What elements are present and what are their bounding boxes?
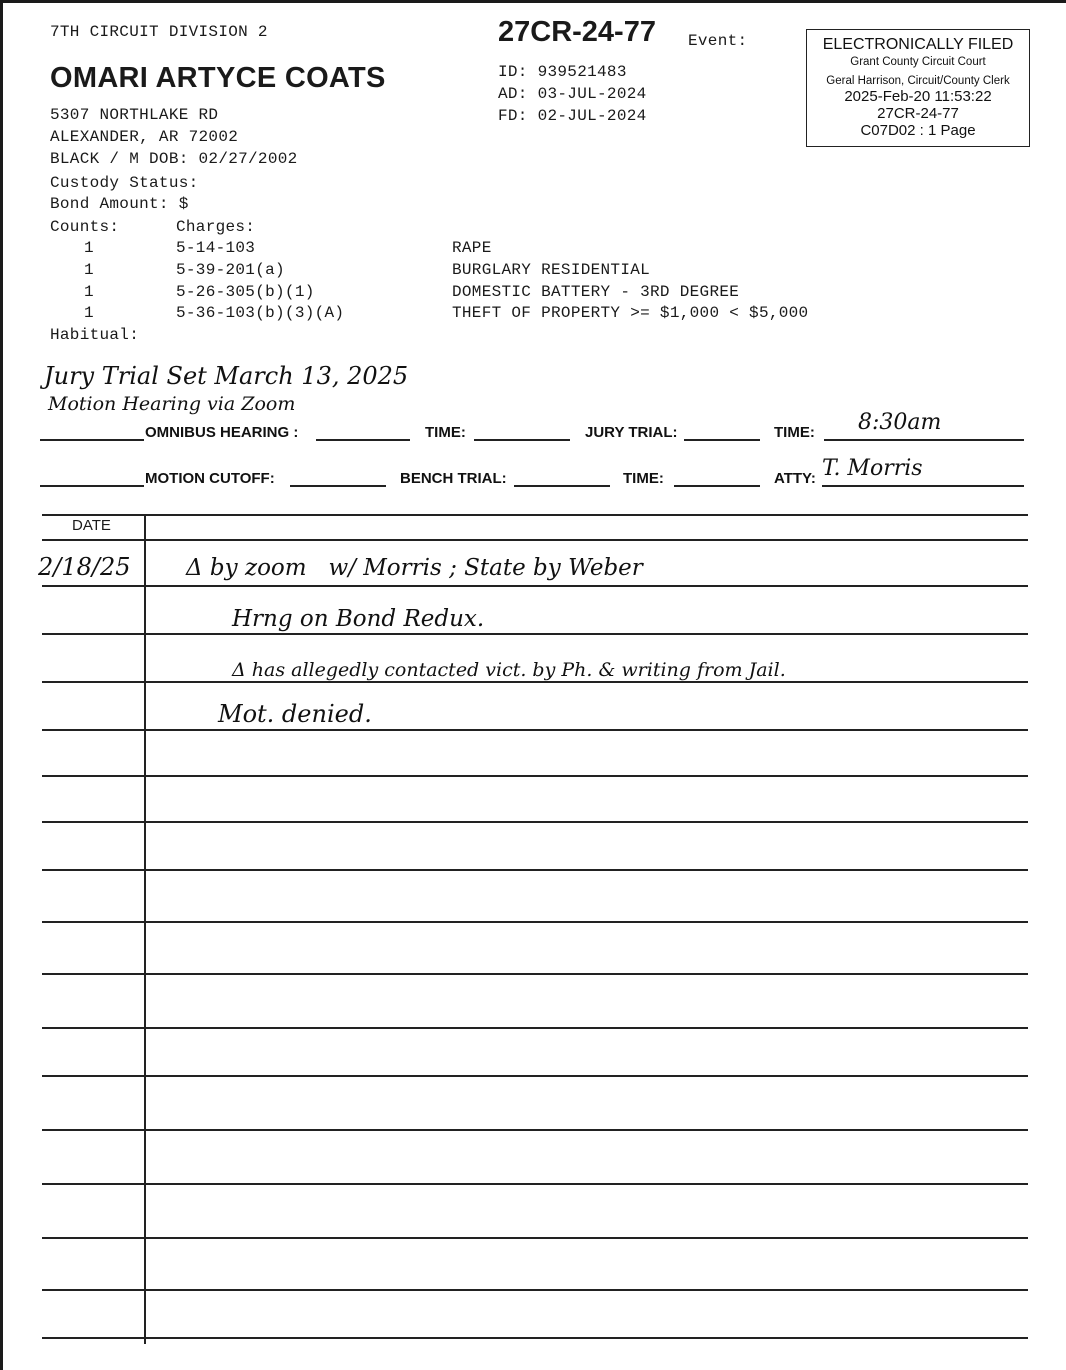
bench-trial-field[interactable] <box>514 485 610 487</box>
docket-rule-line <box>42 1337 1028 1339</box>
docket-rule-line <box>42 681 1028 683</box>
case-id: ID: 939521483 <box>498 63 627 81</box>
docket-entry-line: Mot. denied. <box>218 700 372 728</box>
docket-rule-line <box>42 1129 1028 1131</box>
charge-description: THEFT OF PROPERTY >= $1,000 < $5,000 <box>452 304 808 322</box>
stamp-datetime: 2025-Feb-20 11:53:22 <box>807 88 1029 105</box>
docket-rule-line <box>42 1027 1028 1029</box>
stamp-case-number: 27CR-24-77 <box>807 105 1029 122</box>
arrest-date: AD: 03-JUL-2024 <box>498 85 647 103</box>
address-line2: ALEXANDER, AR 72002 <box>50 128 238 146</box>
docket-rule-line <box>42 921 1028 923</box>
motion-cutoff-field[interactable] <box>290 485 386 487</box>
bond-amount: Bond Amount: $ <box>50 195 189 213</box>
time-field-2[interactable] <box>824 439 1024 441</box>
charge-statute: 5-26-305(b)(1) <box>176 283 315 301</box>
time-label-2: TIME: <box>774 424 815 441</box>
docket-rule-line <box>42 1183 1028 1185</box>
charge-count: 1 <box>84 261 94 279</box>
docket-rule-line <box>42 539 1028 541</box>
page-border-left <box>0 0 3 1370</box>
charge-count: 1 <box>84 304 94 322</box>
demographics: BLACK / M DOB: 02/27/2002 <box>50 150 298 168</box>
handwritten-motion-note: Motion Hearing via Zoom <box>48 393 295 415</box>
habitual-label: Habitual: <box>50 326 139 344</box>
charges-label: Charges: <box>176 218 255 236</box>
time-field-1[interactable] <box>474 439 570 441</box>
bench-trial-label: BENCH TRIAL: <box>400 470 507 487</box>
custody-status: Custody Status: <box>50 174 199 192</box>
omnibus-hearing-field[interactable] <box>316 439 410 441</box>
docket-entry-line: Hrng on Bond Redux. <box>232 606 484 632</box>
time-field-3[interactable] <box>674 485 760 487</box>
docket-rule-line <box>42 514 1028 516</box>
jury-trial-field[interactable] <box>684 439 760 441</box>
docket-rule-line <box>42 775 1028 777</box>
docket-rule-line <box>42 1289 1028 1291</box>
motion-prefix-line <box>40 485 144 487</box>
time-label-1: TIME: <box>425 424 466 441</box>
case-number: 27CR-24-77 <box>498 16 656 49</box>
charge-description: RAPE <box>452 239 492 257</box>
atty-value: T. Morris <box>822 456 923 481</box>
omnibus-hearing-label: OMNIBUS HEARING : <box>145 424 298 441</box>
charge-description: BURGLARY RESIDENTIAL <box>452 261 650 279</box>
date-column-divider <box>144 514 146 1344</box>
charge-description: DOMESTIC BATTERY - 3RD DEGREE <box>452 283 739 301</box>
docket-rule-line <box>42 585 1028 587</box>
charge-count: 1 <box>84 283 94 301</box>
docket-entry-line: Δ has allegedly contacted vict. by Ph. &… <box>232 659 786 681</box>
charge-statute: 5-14-103 <box>176 239 255 257</box>
court-division: 7TH CIRCUIT DIVISION 2 <box>50 23 268 41</box>
stamp-pages: C07D02 : 1 Page <box>807 122 1029 139</box>
docket-entry-line: Δ by zoom w/ Morris ; State by Weber <box>186 555 643 581</box>
date-column-header: DATE <box>72 517 111 534</box>
docket-rule-line <box>42 821 1028 823</box>
stamp-court: Grant County Circuit Court <box>807 56 1029 69</box>
jury-trial-label: JURY TRIAL: <box>585 424 678 441</box>
atty-field[interactable] <box>822 485 1024 487</box>
docket-rule-line <box>42 729 1028 731</box>
omnibus-prefix-line <box>40 439 144 441</box>
docket-rule-line <box>42 633 1028 635</box>
docket-rule-line <box>42 869 1028 871</box>
counts-label: Counts: <box>50 218 119 236</box>
charge-statute: 5-39-201(a) <box>176 261 285 279</box>
stamp-title: ELECTRONICALLY FILED <box>807 36 1029 54</box>
page-border-top <box>0 0 1066 3</box>
docket-rule-line <box>42 1075 1028 1077</box>
motion-cutoff-label: MOTION CUTOFF: <box>145 470 275 487</box>
time-label-3: TIME: <box>623 470 664 487</box>
electronic-filing-stamp: ELECTRONICALLY FILED Grant County Circui… <box>806 29 1030 147</box>
address-line1: 5307 NORTHLAKE RD <box>50 106 218 124</box>
charge-statute: 5-36-103(b)(3)(A) <box>176 304 344 322</box>
stamp-clerk: Geral Harrison, Circuit/County Clerk <box>807 75 1029 88</box>
docket-rule-line <box>42 1237 1028 1239</box>
defendant-name: OMARI ARTYCE COATS <box>50 62 386 95</box>
atty-label: ATTY: <box>774 470 816 487</box>
handwritten-jury-trial-note: Jury Trial Set March 13, 2025 <box>44 362 408 390</box>
docket-entry-date: 2/18/25 <box>38 553 131 581</box>
filing-date: FD: 02-JUL-2024 <box>498 107 647 125</box>
charge-count: 1 <box>84 239 94 257</box>
event-label: Event: <box>688 32 747 50</box>
time-value-2: 8:30am <box>858 410 941 435</box>
docket-rule-line <box>42 973 1028 975</box>
